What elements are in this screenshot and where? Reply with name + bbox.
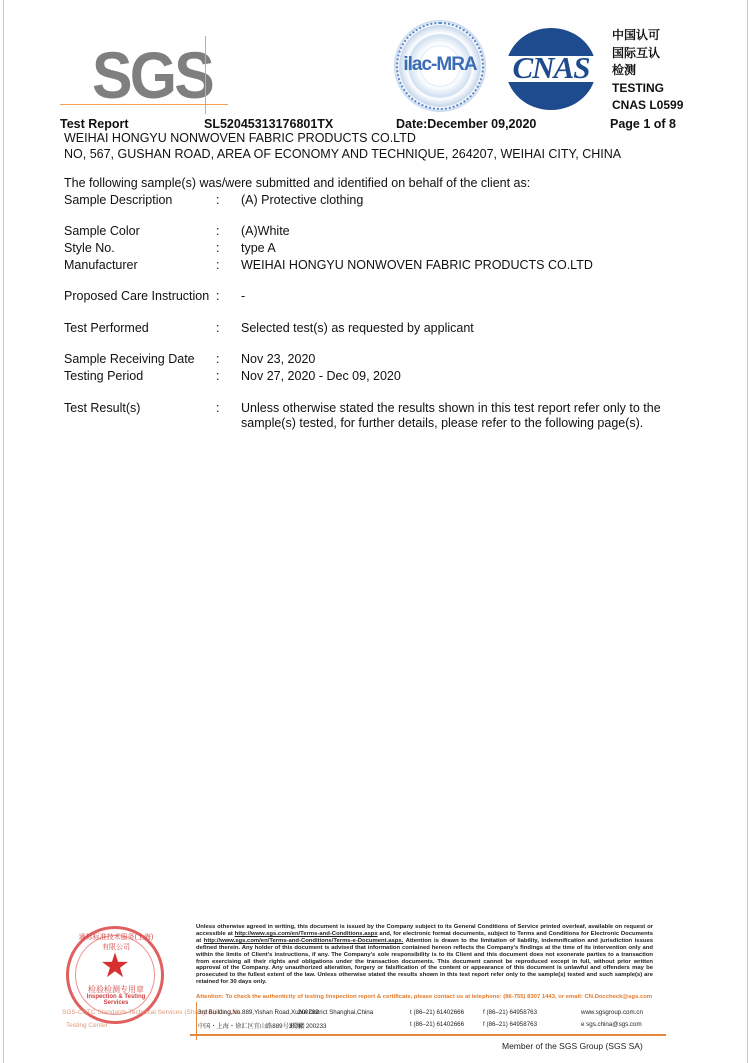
postcode: 邮编: 200233 bbox=[290, 1021, 326, 1030]
intro-text: The following sample(s) was/were submitt… bbox=[64, 176, 530, 190]
field-colon: : bbox=[216, 224, 219, 238]
field-colon: : bbox=[216, 289, 219, 303]
e-document-terms-link[interactable]: http://www.sgs.com/en/Terms-and-Conditio… bbox=[204, 938, 404, 944]
accreditation-line: 检测 bbox=[612, 62, 683, 80]
field-value: Unless otherwise stated the results show… bbox=[241, 401, 681, 431]
logo-rule-vertical bbox=[205, 36, 206, 114]
accreditation-line: 国际互认 bbox=[612, 45, 683, 63]
field-colon: : bbox=[216, 258, 219, 272]
report-title: Test Report bbox=[60, 117, 129, 131]
report-number: SL52045313176801TX bbox=[204, 117, 333, 131]
field-label: Sample Receiving Date bbox=[64, 352, 195, 366]
email-link[interactable]: e sgs.china@sgs.com bbox=[581, 1021, 642, 1028]
ilac-mra-logo: ilac-MRA bbox=[394, 20, 486, 112]
client-address: NO, 567, GUSHAN ROAD, AREA OF ECONOMY AN… bbox=[64, 147, 621, 161]
member-statement: Member of the SGS Group (SGS SA) bbox=[502, 1041, 643, 1051]
field-value: WEIHAI HONGYU NONWOVEN FABRIC PRODUCTS C… bbox=[241, 258, 681, 273]
field-value: (A)White bbox=[241, 224, 681, 239]
telephone: t (86–21) 61402666 bbox=[410, 1021, 464, 1028]
field-label: Style No. bbox=[64, 241, 115, 255]
sgs-logo: SGS bbox=[60, 36, 230, 116]
terms-link[interactable]: http://www.sgs.com/en/Terms-and-Conditio… bbox=[235, 931, 378, 937]
cnas-logo: CNAS bbox=[500, 28, 602, 110]
star-icon: ★ bbox=[93, 948, 137, 984]
legal-disclaimer: Unless otherwise agreed in writing, this… bbox=[196, 924, 653, 986]
legal-text: Attention is drawn to the limitation of … bbox=[196, 938, 653, 985]
fax: f (86–21) 64958763 bbox=[483, 1009, 537, 1016]
footer-rule-horizontal bbox=[190, 1034, 666, 1036]
page-indicator: Page 1 of 8 bbox=[610, 117, 676, 131]
field-value: Nov 27, 2020 - Dec 09, 2020 bbox=[241, 369, 681, 384]
report-date: Date:December 09,2020 bbox=[396, 117, 536, 131]
accreditation-line: TESTING bbox=[612, 80, 683, 98]
accreditation-line: 中国认可 bbox=[612, 27, 683, 45]
official-stamp: 通标标准技术服务(上海)有限公司 ★ 检验检测专用章 Inspection & … bbox=[48, 926, 182, 1032]
field-value: Nov 23, 2020 bbox=[241, 352, 681, 367]
accreditation-text: 中国认可 国际互认 检测 TESTING CNAS L0599 bbox=[612, 27, 683, 115]
field-label: Sample Description bbox=[64, 193, 172, 207]
field-label: Proposed Care Instruction bbox=[64, 289, 209, 303]
field-label: Test Performed bbox=[64, 321, 149, 335]
accreditation-line: CNAS L0599 bbox=[612, 97, 683, 115]
field-colon: : bbox=[216, 401, 219, 415]
page-edge-left bbox=[3, 0, 4, 1063]
authenticity-notice: Attention: To check the authenticity of … bbox=[196, 994, 653, 1001]
website-link[interactable]: www.sgsgroup.com.cn bbox=[581, 1009, 643, 1016]
field-value: - bbox=[241, 289, 681, 304]
field-value: type A bbox=[241, 241, 681, 256]
field-label: Testing Period bbox=[64, 369, 143, 383]
field-colon: : bbox=[216, 321, 219, 335]
field-colon: : bbox=[216, 241, 219, 255]
address: 中国・上海・徐汇区宜山路889号3号楼 bbox=[198, 1021, 305, 1030]
fax: f (86–21) 64958763 bbox=[483, 1021, 537, 1028]
postcode: 200233 bbox=[298, 1009, 319, 1016]
field-colon: : bbox=[216, 352, 219, 366]
field-colon: : bbox=[216, 193, 219, 207]
stamp-en-label: Inspection & Testing Services bbox=[76, 994, 156, 1006]
logo-rule-horizontal bbox=[60, 104, 228, 105]
field-label: Manufacturer bbox=[64, 258, 138, 272]
telephone: t (86–21) 61402666 bbox=[410, 1009, 464, 1016]
field-label: Sample Color bbox=[64, 224, 140, 238]
field-colon: : bbox=[216, 369, 219, 383]
stamp-center-line: Testing Center bbox=[66, 1022, 108, 1029]
sgs-logo-text: SGS bbox=[92, 40, 212, 110]
field-value: (A) Protective clothing bbox=[241, 193, 681, 208]
cnas-logo-text: CNAS bbox=[498, 52, 604, 84]
field-value: Selected test(s) as requested by applica… bbox=[241, 321, 681, 336]
page-edge-right bbox=[747, 0, 748, 1063]
address: 3rd Building,No.889,Yishan Road,Xuhui Di… bbox=[198, 1009, 373, 1016]
field-label: Test Result(s) bbox=[64, 401, 140, 415]
client-name: WEIHAI HONGYU NONWOVEN FABRIC PRODUCTS C… bbox=[64, 131, 416, 145]
ilac-logo-text: ilac-MRA bbox=[396, 54, 484, 76]
